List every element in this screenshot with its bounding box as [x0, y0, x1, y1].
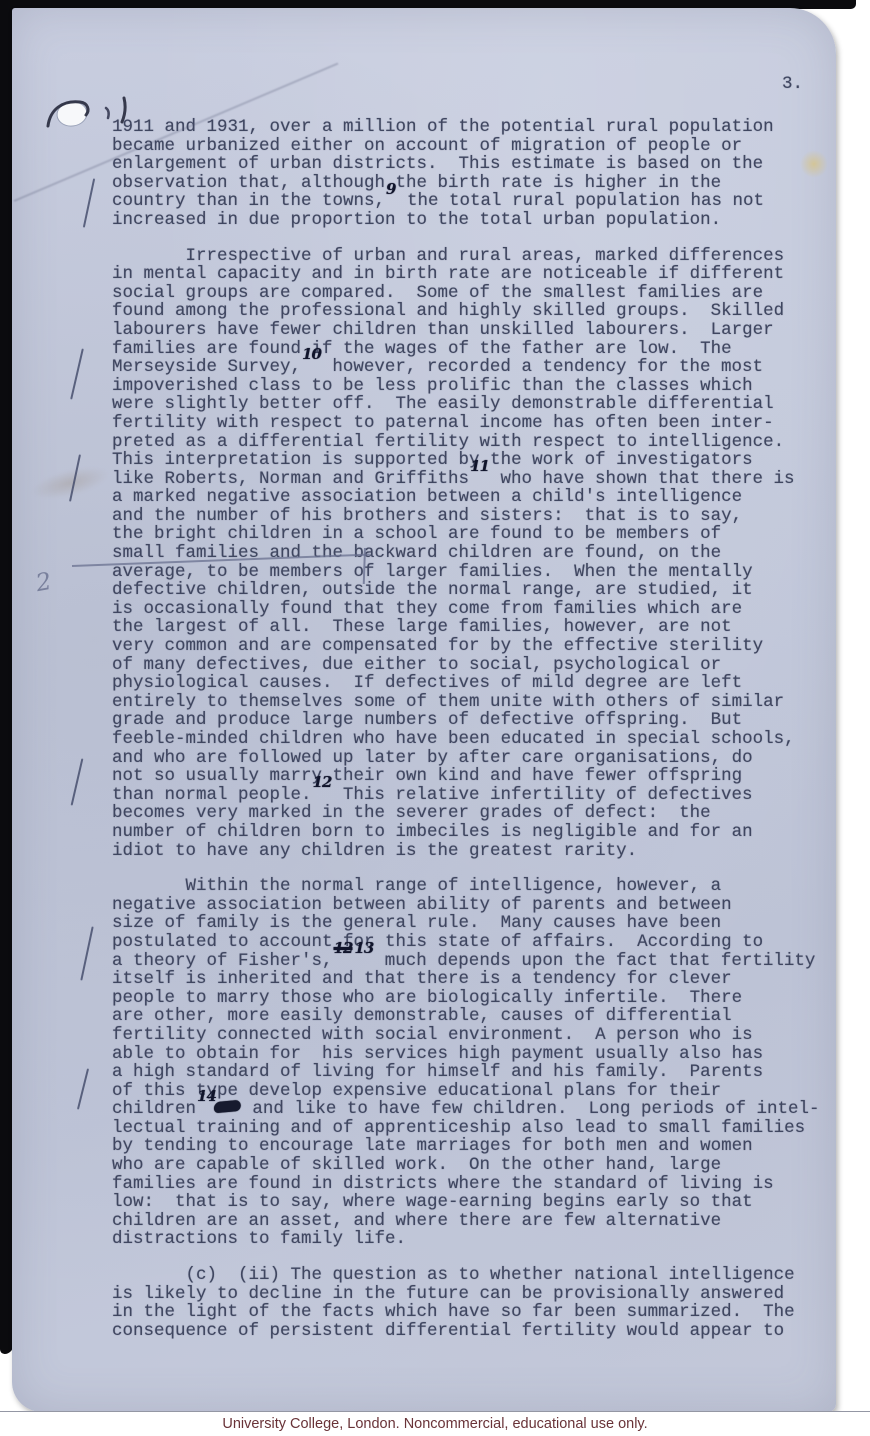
text-line: were slightly better off. The easily dem… — [112, 395, 828, 414]
text-run: fertility with respect to paternal incom… — [112, 413, 774, 433]
text-run: lectual training and of apprenticeship a… — [112, 1118, 805, 1138]
text-line: families are found if the wages of the f… — [112, 340, 828, 359]
text-run: the largest of all. These large families… — [112, 617, 732, 637]
text-run: not so usually marry their own kind and … — [112, 766, 742, 786]
text-run: a high standard of living for himself an… — [112, 1062, 763, 1082]
document-text: 1911 and 1931, over a million of the pot… — [112, 118, 828, 1357]
text-line: becomes very marked in the severer grade… — [112, 804, 828, 823]
page-number: 3. — [782, 74, 803, 94]
text-line: of this type develop expensive education… — [112, 1082, 828, 1101]
text-run: is occasionally found that they come fro… — [112, 599, 742, 619]
text-run: becomes very marked in the severer grade… — [112, 803, 711, 823]
text-run: This interpretation is supported by the … — [112, 450, 753, 470]
text-line: negative association between ability of … — [112, 896, 828, 915]
text-line: like Roberts, Norman and Griffiths11 who… — [112, 470, 828, 489]
text-run: and who are followed up later by after c… — [112, 748, 753, 768]
text-run: children — [112, 1099, 196, 1119]
handwritten-footnote-number: 14 — [197, 1087, 216, 1105]
ink-comma-mark — [106, 108, 109, 118]
text-line: became urbanized either on account of mi… — [112, 137, 828, 156]
text-line: children14 and like to have few children… — [112, 1100, 828, 1119]
paragraph: 1911 and 1931, over a million of the pot… — [112, 118, 828, 230]
text-run: is likely to decline in the future can b… — [112, 1284, 784, 1304]
pencil-margin-numeral: 2 — [34, 567, 54, 597]
text-run: fertility connected with social environm… — [112, 1025, 753, 1045]
handwritten-footnote-number: 11 — [470, 457, 489, 475]
handwritten-footnote-number: 12 — [334, 939, 353, 957]
handwritten-footnote-number: 12 — [313, 773, 332, 791]
attribution-footer: University College, London. Noncommercia… — [0, 1411, 870, 1436]
text-run: distractions to family life. — [112, 1229, 406, 1249]
text-line: than normal people.12 This relative infe… — [112, 786, 828, 805]
text-line: and the number of his brothers and siste… — [112, 507, 828, 526]
text-run: (c) (ii) The question as to whether nati… — [112, 1265, 795, 1285]
text-line: the bright children in a school are foun… — [112, 525, 828, 544]
text-run: who have shown that there is — [490, 469, 795, 489]
text-run: consequence of persistent differential f… — [112, 1321, 784, 1341]
handwritten-footnote-number: 13 — [354, 939, 373, 957]
text-line: enlargement of urban districts. This est… — [112, 155, 828, 174]
text-run: found among the professional and highly … — [112, 301, 784, 321]
text-line: Merseyside Survey,10 however, recorded a… — [112, 358, 828, 377]
text-run: number of children born to imbeciles is … — [112, 822, 753, 842]
text-run: defective children, outside the normal r… — [112, 580, 753, 600]
text-line: by tending to encourage late marriages f… — [112, 1137, 828, 1156]
text-run: grade and produce large numbers of defec… — [112, 710, 742, 730]
text-line: idiot to have any children is the greate… — [112, 842, 828, 861]
text-run: by tending to encourage late marriages f… — [112, 1136, 753, 1156]
text-run: average, to be members of larger familie… — [112, 562, 753, 582]
text-line: low: that is to say, where wage-earning … — [112, 1193, 828, 1212]
text-run: enlargement of urban districts. This est… — [112, 154, 763, 174]
ink-blot — [213, 1100, 241, 1113]
text-run: than normal people. — [112, 785, 312, 805]
text-line: in mental capacity and in birth rate are… — [112, 265, 828, 284]
text-run: able to obtain for his services high pay… — [112, 1044, 763, 1064]
text-line: a marked negative association between a … — [112, 488, 828, 507]
text-line: observation that, although the birth rat… — [112, 174, 828, 193]
pencil-margin-slash — [77, 1068, 89, 1109]
text-line: feeble-minded children who have been edu… — [112, 730, 828, 749]
text-line: physiological causes. If defectives of m… — [112, 674, 828, 693]
text-line: number of children born to imbeciles is … — [112, 823, 828, 842]
pencil-margin-slash — [70, 348, 84, 399]
text-line: families are found in districts where th… — [112, 1175, 828, 1194]
text-run: families are found if the wages of the f… — [112, 339, 732, 359]
text-run: physiological causes. If defectives of m… — [112, 673, 742, 693]
text-line: size of family is the general rule. Many… — [112, 914, 828, 933]
text-line: children are an asset, and where there a… — [112, 1212, 828, 1231]
text-line: fertility connected with social environm… — [112, 1026, 828, 1045]
text-run: country than in the towns, — [112, 191, 385, 211]
text-run: low: that is to say, where wage-earning … — [112, 1192, 753, 1212]
text-line: is occasionally found that they come fro… — [112, 600, 828, 619]
text-run: impoverished class to be less prolific t… — [112, 376, 753, 396]
text-line: very common and are compensated for by t… — [112, 637, 828, 656]
pencil-margin-slash — [80, 926, 93, 980]
text-line: labourers have fewer children than unski… — [112, 321, 828, 340]
text-run: postulated to account for this state of … — [112, 932, 763, 952]
text-line: able to obtain for his services high pay… — [112, 1045, 828, 1064]
text-line: country than in the towns,9 the total ru… — [112, 192, 828, 211]
text-line: defective children, outside the normal r… — [112, 581, 828, 600]
text-line: entirely to themselves some of them unit… — [112, 693, 828, 712]
text-line: not so usually marry their own kind and … — [112, 767, 828, 786]
text-line: people to marry those who are biological… — [112, 989, 828, 1008]
text-run: This relative infertility of defectives — [332, 785, 752, 805]
text-line: and who are followed up later by after c… — [112, 749, 828, 768]
text-run: Merseyside Survey, — [112, 357, 301, 377]
text-run: the total rural population has not — [396, 191, 764, 211]
text-line: a high standard of living for himself an… — [112, 1063, 828, 1082]
text-run: idiot to have any children is the greate… — [112, 841, 637, 861]
text-run: however, recorded a tendency for the mos… — [322, 357, 763, 377]
text-run: like Roberts, Norman and Griffiths — [112, 469, 469, 489]
text-run: families are found in districts where th… — [112, 1174, 774, 1194]
text-line: average, to be members of larger familie… — [112, 563, 828, 582]
text-line: impoverished class to be less prolific t… — [112, 377, 828, 396]
text-run: social groups are compared. Some of the … — [112, 283, 763, 303]
text-run: who are capable of skilled work. On the … — [112, 1155, 721, 1175]
text-run: of many defectives, due either to social… — [112, 655, 721, 675]
text-line: the largest of all. These large families… — [112, 618, 828, 637]
text-run: preted as a differential fertility with … — [112, 432, 784, 452]
text-line: postulated to account for this state of … — [112, 933, 828, 952]
text-run: the bright children in a school are foun… — [112, 524, 721, 544]
text-run: children are an asset, and where there a… — [112, 1211, 721, 1231]
text-run: a marked negative association between a … — [112, 487, 742, 507]
text-run: and like to have few children. Long peri… — [242, 1099, 820, 1119]
text-line: in the light of the facts which have so … — [112, 1303, 828, 1322]
text-run: are other, more easily demonstrable, cau… — [112, 1006, 732, 1026]
text-run: people to marry those who are biological… — [112, 988, 742, 1008]
text-run: were slightly better off. The easily dem… — [112, 394, 774, 414]
text-run: very common and are compensated for by t… — [112, 636, 763, 656]
paragraph: Irrespective of urban and rural areas, m… — [112, 247, 828, 861]
text-run: in mental capacity and in birth rate are… — [112, 264, 784, 284]
text-run: and the number of his brothers and siste… — [112, 506, 742, 526]
text-run: feeble-minded children who have been edu… — [112, 729, 795, 749]
text-line: (c) (ii) The question as to whether nati… — [112, 1266, 828, 1285]
text-line: found among the professional and highly … — [112, 302, 828, 321]
text-run: labourers have fewer children than unski… — [112, 320, 774, 340]
text-run: a theory of Fisher's, — [112, 951, 333, 971]
text-run: became urbanized either on account of mi… — [112, 136, 742, 156]
attribution-text: University College, London. Noncommercia… — [222, 1416, 647, 1432]
pencil-margin-slash — [71, 758, 84, 805]
pencil-margin-slash — [83, 178, 95, 227]
text-line: of many defectives, due either to social… — [112, 656, 828, 675]
text-run: observation that, although the birth rat… — [112, 173, 721, 193]
text-line: distractions to family life. — [112, 1230, 828, 1249]
text-line: are other, more easily demonstrable, cau… — [112, 1007, 828, 1026]
text-line: 1911 and 1931, over a million of the pot… — [112, 118, 828, 137]
text-line: increased in due proportion to the total… — [112, 211, 828, 230]
text-run: itself is inherited and that there is a … — [112, 969, 732, 989]
text-line: Irrespective of urban and rural areas, m… — [112, 247, 828, 266]
text-line: preted as a differential fertility with … — [112, 433, 828, 452]
text-line: lectual training and of apprenticeship a… — [112, 1119, 828, 1138]
text-run: 1911 and 1931, over a million of the pot… — [112, 117, 774, 137]
text-line: fertility with respect to paternal incom… — [112, 414, 828, 433]
text-line: social groups are compared. Some of the … — [112, 284, 828, 303]
text-run: much depends upon the fact that fertilit… — [374, 951, 815, 971]
text-line: consequence of persistent differential f… — [112, 1322, 828, 1341]
text-line: itself is inherited and that there is a … — [112, 970, 828, 989]
text-run: entirely to themselves some of them unit… — [112, 692, 784, 712]
text-run: in the light of the facts which have so … — [112, 1302, 795, 1322]
text-line: is likely to decline in the future can b… — [112, 1285, 828, 1304]
handwritten-footnote-number: 9 — [386, 180, 395, 198]
text-run: size of family is the general rule. Many… — [112, 913, 721, 933]
text-run: Within the normal range of intelligence,… — [112, 876, 721, 896]
paragraph: Within the normal range of intelligence,… — [112, 877, 828, 1249]
text-line: Within the normal range of intelligence,… — [112, 877, 828, 896]
paragraph: (c) (ii) The question as to whether nati… — [112, 1266, 828, 1340]
handwritten-footnote-number: 10 — [302, 345, 321, 363]
text-run: increased in due proportion to the total… — [112, 210, 721, 230]
text-line: who are capable of skilled work. On the … — [112, 1156, 828, 1175]
text-run: Irrespective of urban and rural areas, m… — [112, 246, 784, 266]
paper: 3. 1911 and 1931, over a million of the … — [12, 8, 836, 1412]
text-run: negative association between ability of … — [112, 895, 732, 915]
text-line: a theory of Fisher's,1213 much depends u… — [112, 952, 828, 971]
text-line: grade and produce large numbers of defec… — [112, 711, 828, 730]
